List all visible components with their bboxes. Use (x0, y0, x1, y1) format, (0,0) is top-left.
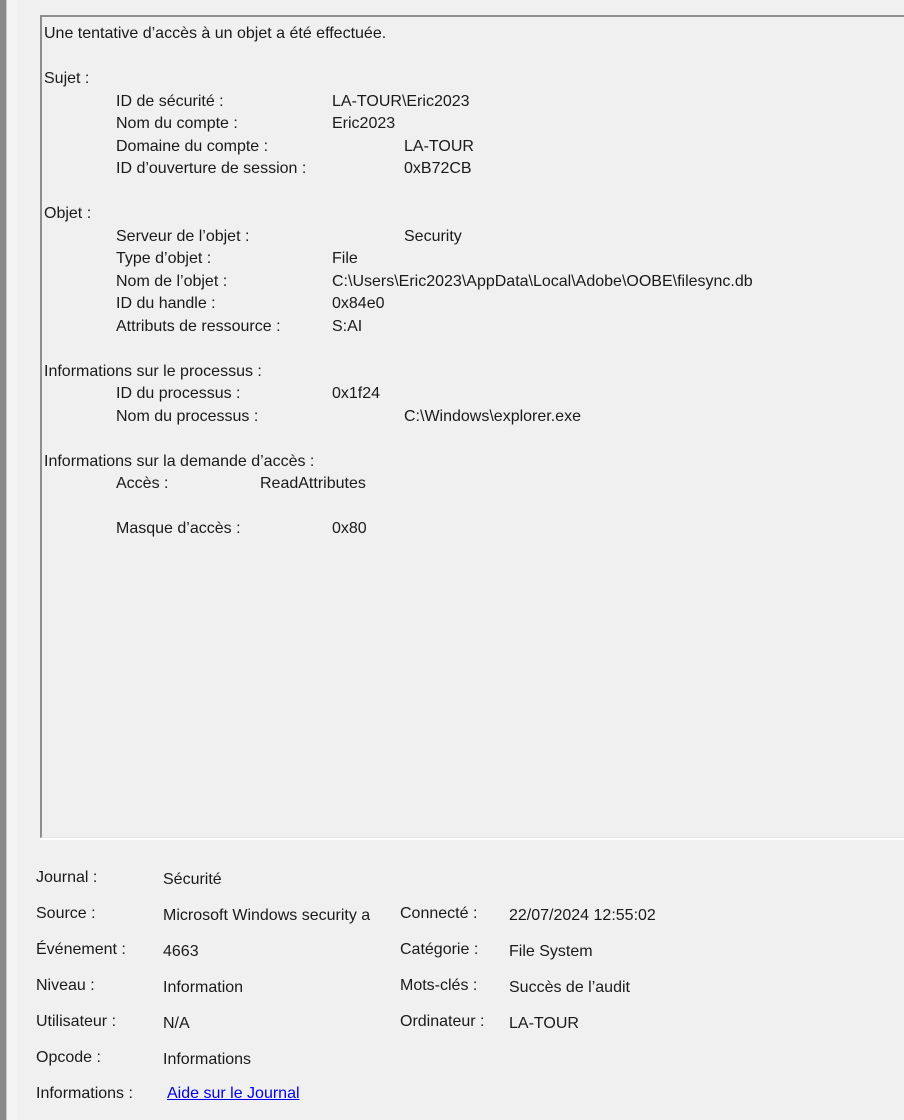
category-label: Catégorie : (400, 940, 478, 960)
field-label: Masque d’accès : (116, 519, 241, 539)
field-label: Nom de l’objet : (116, 272, 227, 292)
field-label: Serveur de l’objet : (116, 227, 249, 247)
window-left-border (0, 0, 7, 1120)
field-value: LA-TOUR (404, 137, 474, 157)
field-label: ID d’ouverture de session : (116, 159, 306, 179)
field-label: Nom du processus : (116, 407, 258, 427)
field-value: LA-TOUR\Eric2023 (332, 92, 470, 112)
section-process-title: Informations sur le processus : (44, 362, 262, 382)
journal-label: Journal : (36, 868, 97, 888)
event-log-help-link[interactable]: Aide sur le Journal (167, 1084, 300, 1104)
source-value: Microsoft Windows security a (163, 906, 395, 926)
section-subject-title: Sujet : (44, 69, 89, 89)
info-label: Informations : (36, 1084, 133, 1104)
field-label: Nom du compte : (116, 114, 238, 134)
field-label: Type d’objet : (116, 249, 211, 269)
field-value: C:\Windows\explorer.exe (404, 407, 581, 427)
computer-label: Ordinateur : (400, 1012, 484, 1032)
description-intro: Une tentative d’accès à un objet a été e… (44, 24, 386, 44)
computer-value: LA-TOUR (509, 1014, 579, 1034)
user-value: N/A (163, 1014, 190, 1034)
field-value: ReadAttributes (260, 474, 366, 494)
keywords-value: Succès de l’audit (509, 978, 630, 998)
user-label: Utilisateur : (36, 1012, 116, 1032)
field-label: ID du handle : (116, 294, 216, 314)
field-label: ID de sécurité : (116, 92, 224, 112)
field-label: Attributs de ressource : (116, 317, 281, 337)
field-value: C:\Users\Eric2023\AppData\Local\Adobe\OO… (332, 272, 753, 292)
field-label: Accès : (116, 474, 168, 494)
category-value: File System (509, 942, 593, 962)
field-label: ID du processus : (116, 384, 241, 404)
field-value: File (332, 249, 358, 269)
field-value: Eric2023 (332, 114, 395, 134)
field-value: Security (404, 227, 462, 247)
field-value: 0x84e0 (332, 294, 385, 314)
field-value: 0x80 (332, 519, 367, 539)
connected-label: Connecté : (400, 904, 477, 924)
keywords-label: Mots-clés : (400, 976, 477, 996)
opcode-value: Informations (163, 1050, 251, 1070)
connected-value: 22/07/2024 12:55:02 (509, 906, 656, 926)
field-label: Domaine du compte : (116, 137, 268, 157)
event-id-label: Événement : (36, 940, 126, 960)
section-access-request-title: Informations sur la demande d’accès : (44, 452, 314, 472)
field-value: 0xB72CB (404, 159, 472, 179)
journal-value: Sécurité (163, 870, 222, 890)
source-label: Source : (36, 904, 96, 924)
event-description-textbox[interactable]: Une tentative d’accès à un objet a été e… (40, 15, 904, 838)
level-label: Niveau : (36, 976, 95, 996)
field-value: 0x1f24 (332, 384, 380, 404)
opcode-label: Opcode : (36, 1048, 101, 1068)
event-id-value: 4663 (163, 942, 199, 962)
level-value: Information (163, 978, 243, 998)
section-object-title: Objet : (44, 204, 91, 224)
field-value: S:AI (332, 317, 362, 337)
